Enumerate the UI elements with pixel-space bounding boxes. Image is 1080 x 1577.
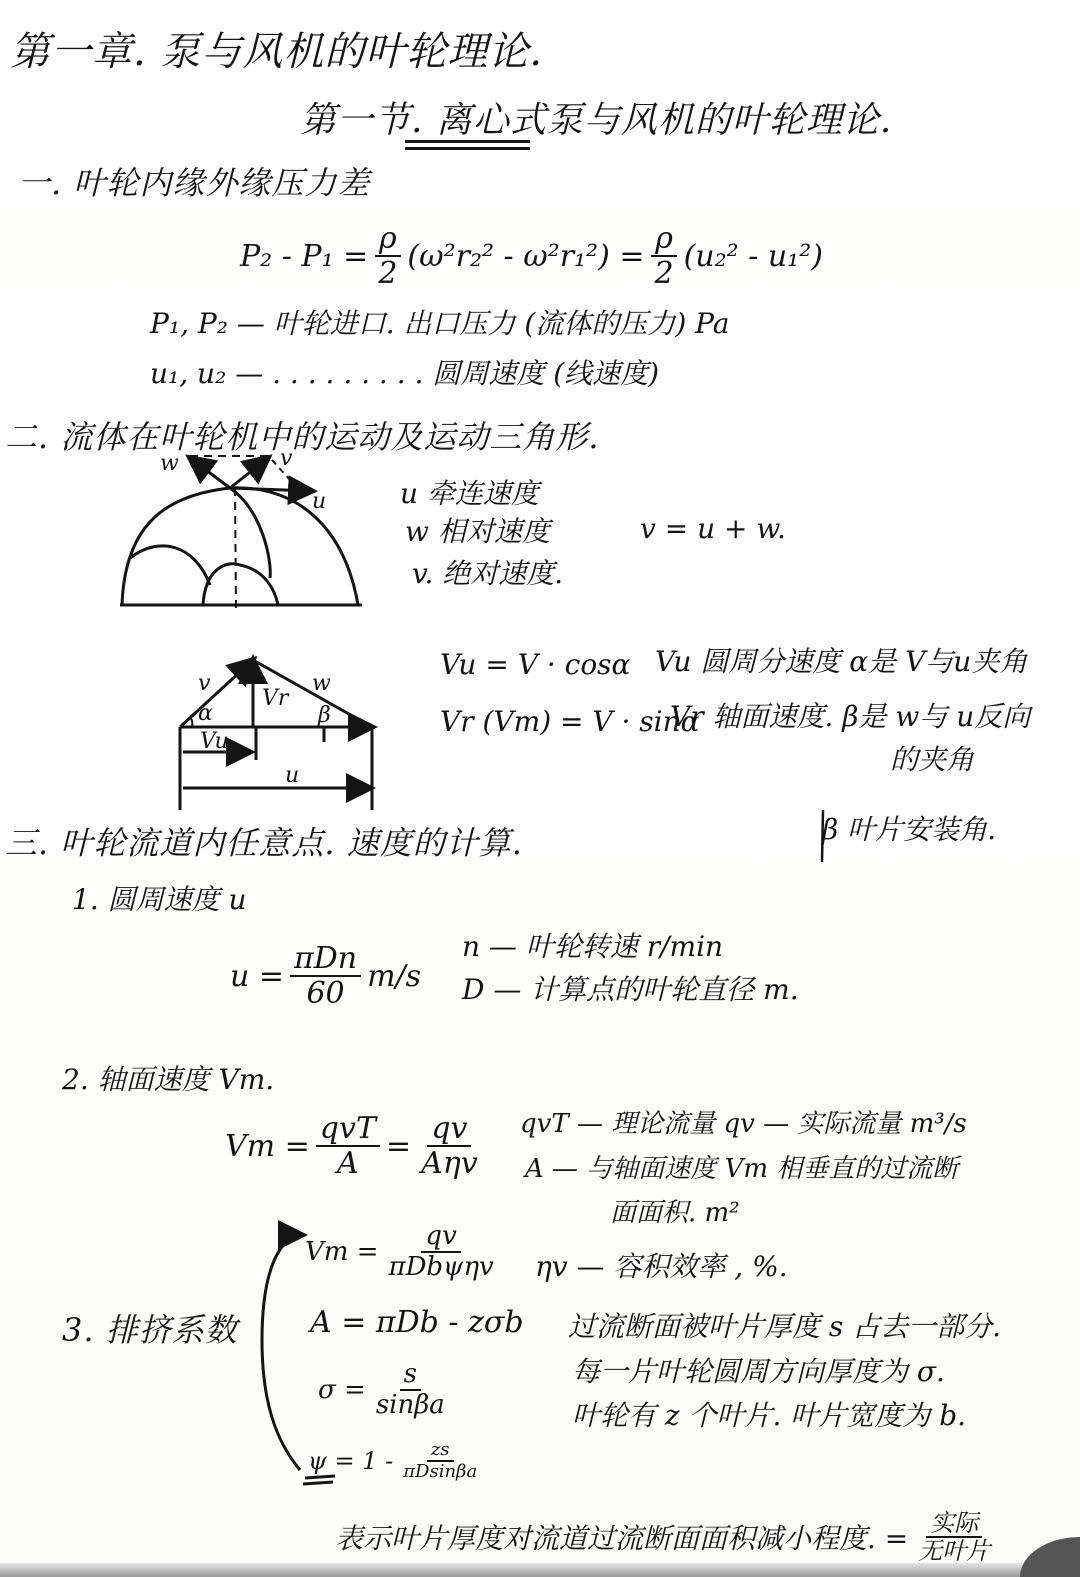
sigma-equation: σ = ssinβa — [318, 1360, 455, 1419]
vu-definition: Vu 圆周分速度 α是 V与u夹角 — [655, 640, 1027, 680]
svg-text:w: w — [312, 671, 331, 696]
svg-text:v: v — [198, 671, 211, 696]
psi-meaning: 表示叶片厚度对流道过流断面面积减小程度. = 实际无叶片 — [335, 1510, 1000, 1565]
beta-definition-cont: 的夹角 — [890, 738, 974, 778]
desc-line-1: 过流断面被叶片厚度 s 占去一部分. — [568, 1305, 1001, 1345]
w-label: w — [160, 451, 179, 476]
n-definition: n — 叶轮转速 r/min — [462, 925, 723, 965]
vu-formula: Vu = V · cosα — [440, 648, 630, 681]
area-definition-cont: 面面积. m² — [610, 1192, 740, 1229]
psi-equation: ψ = 1 - zsπDsinβa — [308, 1440, 487, 1482]
sub1-heading: 1. 圆周速度 u — [72, 878, 247, 918]
desc-line-3: 叶轮有 z 个叶片. 叶片宽度为 b. — [572, 1394, 966, 1434]
sub3-heading: 3. 排挤系数 — [62, 1305, 238, 1351]
legend-v: v. 绝对速度. — [412, 552, 563, 592]
impeller-diagram — [120, 456, 362, 610]
meridional-velocity-equation: Vm = qvTA = qvAηv — [225, 1112, 488, 1180]
area-equation: A = πDb - zσb — [310, 1305, 524, 1340]
beta-install-angle: β 叶片安装角. — [822, 808, 996, 848]
desc-line-2: 每一片叶轮圆周方向厚度为 σ. — [572, 1350, 945, 1390]
svg-text:α: α — [198, 701, 213, 726]
svg-text:Vu: Vu — [200, 729, 229, 754]
svg-text:β: β — [317, 703, 331, 728]
vr-formula: Vr (Vm) = V · sinα — [440, 705, 700, 738]
velocity-triangle-labels: v Vr w α β Vu u — [198, 671, 331, 788]
legend-w: w 相对速度 — [405, 510, 550, 550]
flow-definitions: qvT — 理论流量 qv — 实际流量 m³/s — [520, 1103, 967, 1140]
svg-text:Vr: Vr — [262, 686, 290, 711]
vm-with-psi-equation: Vm = qvπDbψηv — [305, 1222, 504, 1281]
page-bottom-edge — [0, 1563, 1080, 1577]
volumetric-efficiency-definition: ηv — 容积效率 , %. — [535, 1245, 788, 1285]
sub2-heading: 2. 轴面速度 Vm. — [62, 1058, 274, 1098]
part3-heading: 三. 叶轮流道内任意点. 速度的计算. — [5, 818, 523, 864]
notebook-page: 第一章. 泵与风机的叶轮理论. 第一节. 离心式泵与风机的叶轮理论. 一. 叶轮… — [0, 0, 1080, 1577]
v-label: v — [280, 446, 293, 471]
vr-definition: Vr 轴面速度. β是 w与 u反向 — [670, 695, 1030, 735]
svg-text:u: u — [285, 763, 299, 788]
d-definition: D — 计算点的叶轮直径 m. — [462, 968, 799, 1008]
impeller-diagram-labels: w v u — [160, 446, 326, 514]
vector-equation: v = u + w. — [640, 512, 786, 545]
area-definition: A — 与轴面速度 Vm 相垂直的过流断 — [525, 1148, 958, 1185]
u-label: u — [312, 489, 326, 514]
circumferential-velocity-equation: u = πDn60 m/s — [230, 942, 421, 1010]
legend-u: u 牵连速度 — [400, 472, 539, 512]
